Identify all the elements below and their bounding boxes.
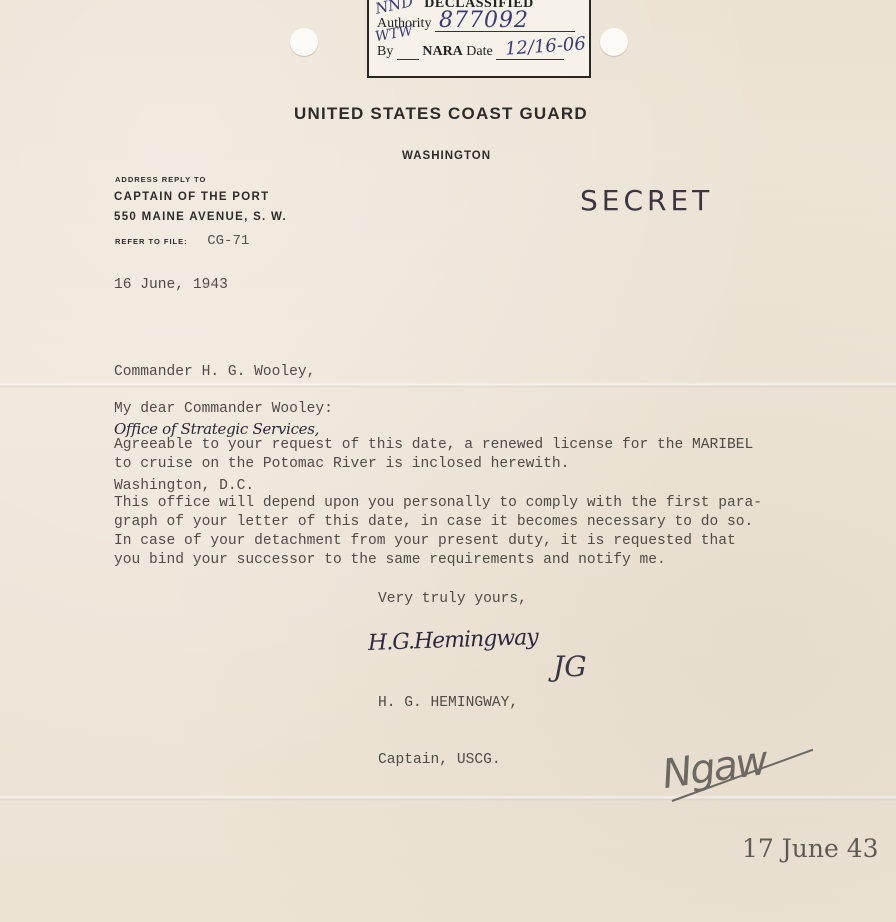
handwritten-signature: H.G.Hemingway (368, 625, 538, 656)
signature-block: H. G. HEMINGWAY, Captain, USCG. (378, 656, 518, 789)
refer-to-file-label: REFER TO FILE: (115, 237, 188, 246)
stamp-by-line (397, 59, 419, 60)
classification-mark: SECRET (580, 184, 713, 217)
punch-hole-right (600, 28, 628, 56)
pencil-initials: Ngaw (659, 738, 769, 798)
stamp-authority-value: 877092 (439, 8, 529, 33)
letter-date: 16 June, 1943 (114, 276, 228, 295)
refer-to-file: REFER TO FILE: CG-71 (115, 231, 249, 249)
letterhead-city: WASHINGTON (402, 150, 491, 162)
file-number: CG-71 (207, 233, 249, 249)
address-reply-label: ADDRESS REPLY TO (115, 175, 206, 184)
address-line-1: CAPTAIN OF THE PORT (114, 191, 269, 203)
signature-initials: JG (553, 650, 587, 683)
stamp-nara-label: NARA (422, 44, 462, 59)
stamp-by-label: By (377, 44, 393, 59)
salutation: My dear Commander Wooley: (114, 400, 333, 419)
stamp-date-label: Date (466, 44, 492, 59)
body-paragraph-2: This office will depend upon you persona… (114, 494, 762, 570)
punch-hole-left (290, 28, 318, 56)
paper-fold-lower (0, 795, 896, 801)
body-paragraph-1: Agreeable to your request of this date, … (114, 436, 753, 474)
address-line-2: 550 MAINE AVENUE, S. W. (114, 211, 287, 223)
letterhead-organization: UNITED STATES COAST GUARD (294, 104, 588, 124)
declassified-stamp: DECLASSIFIED Authority NND 877092 By NAR… (367, 0, 591, 78)
stamp-date-value: 12/16-06 (504, 33, 586, 60)
signer-title: Captain, USCG. (378, 751, 518, 770)
recipient-block: Commander H. G. Wooley, Office of Strate… (114, 325, 319, 515)
pencil-date: 17 June 43 (742, 834, 879, 863)
recipient-line-1: Commander H. G. Wooley, (114, 363, 319, 382)
closing: Very truly yours, (378, 590, 527, 609)
signer-name: H. G. HEMINGWAY, (378, 694, 518, 713)
